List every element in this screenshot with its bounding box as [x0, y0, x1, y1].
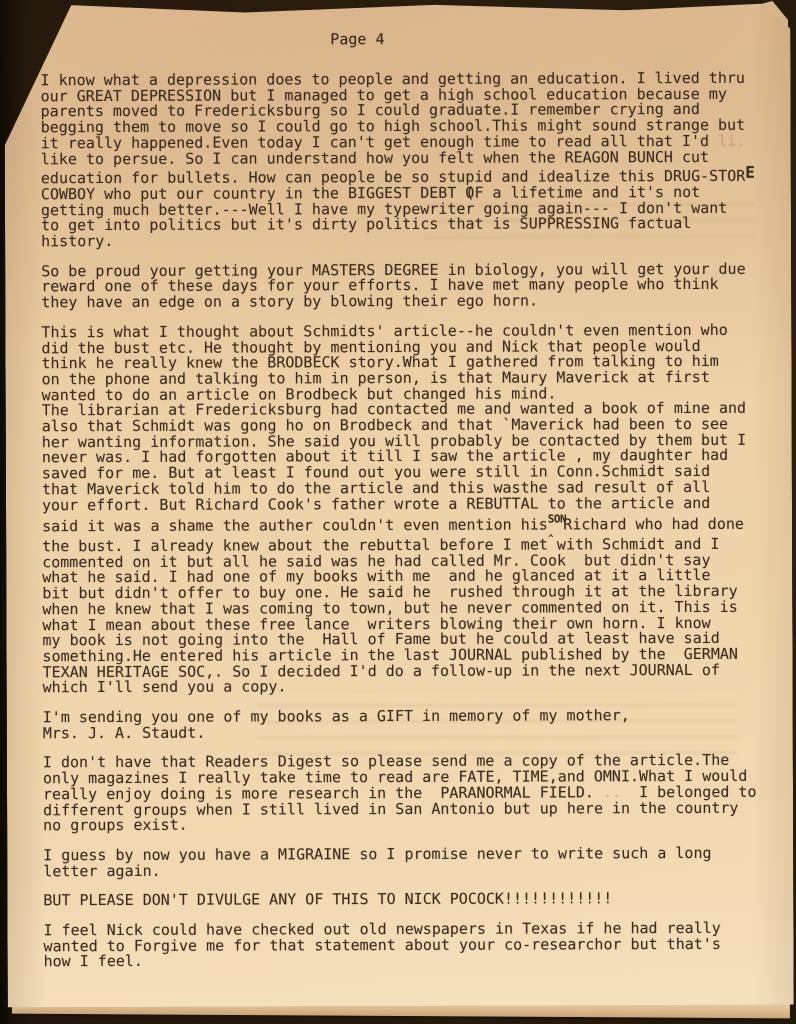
paragraph: I feel Nick could have checked out old n… — [43, 921, 787, 971]
paragraph: I guess by now you have a MIGRAINE so I … — [43, 846, 787, 880]
paragraph: So be proud your getting your MASTERS DE… — [41, 261, 785, 311]
letter-line: history. — [41, 232, 785, 250]
letter-line: BUT PLEASE DON'T DIVULGE ANY OF THIS TO … — [43, 891, 787, 909]
letter-line: no groups exist. — [43, 816, 787, 834]
letter-line: wanted to Forgive me for that statement … — [44, 936, 788, 954]
letter-line: letter again. — [43, 861, 787, 879]
paragraph: I know what a depression does to people … — [40, 71, 785, 250]
paragraph: BUT PLEASE DON'T DIVULGE ANY OF THIS TO … — [43, 891, 787, 909]
letter-line: to get into politics but it's dirty poli… — [41, 216, 785, 234]
page-number-heading: Page 4 — [0, 29, 750, 50]
letter-line: they have an edge on a story by blowing … — [41, 293, 785, 311]
paragraph: This is what I thought about Schmidts' a… — [41, 322, 786, 696]
letter-line: which I'll send you a copy. — [43, 678, 787, 696]
paragraph: I'm sending you one of my books as a GIF… — [43, 708, 787, 742]
letter-body-text: I know what a depression does to people … — [40, 71, 787, 985]
letter-page: Page 4 I know what a depression does to … — [4, 1, 793, 1008]
photo-backdrop: Page 4 I know what a depression does to … — [0, 0, 796, 1024]
letter-line: Mrs. J. A. Staudt. — [43, 723, 787, 741]
paragraph: I don't have that Readers Digest so plea… — [43, 753, 787, 834]
